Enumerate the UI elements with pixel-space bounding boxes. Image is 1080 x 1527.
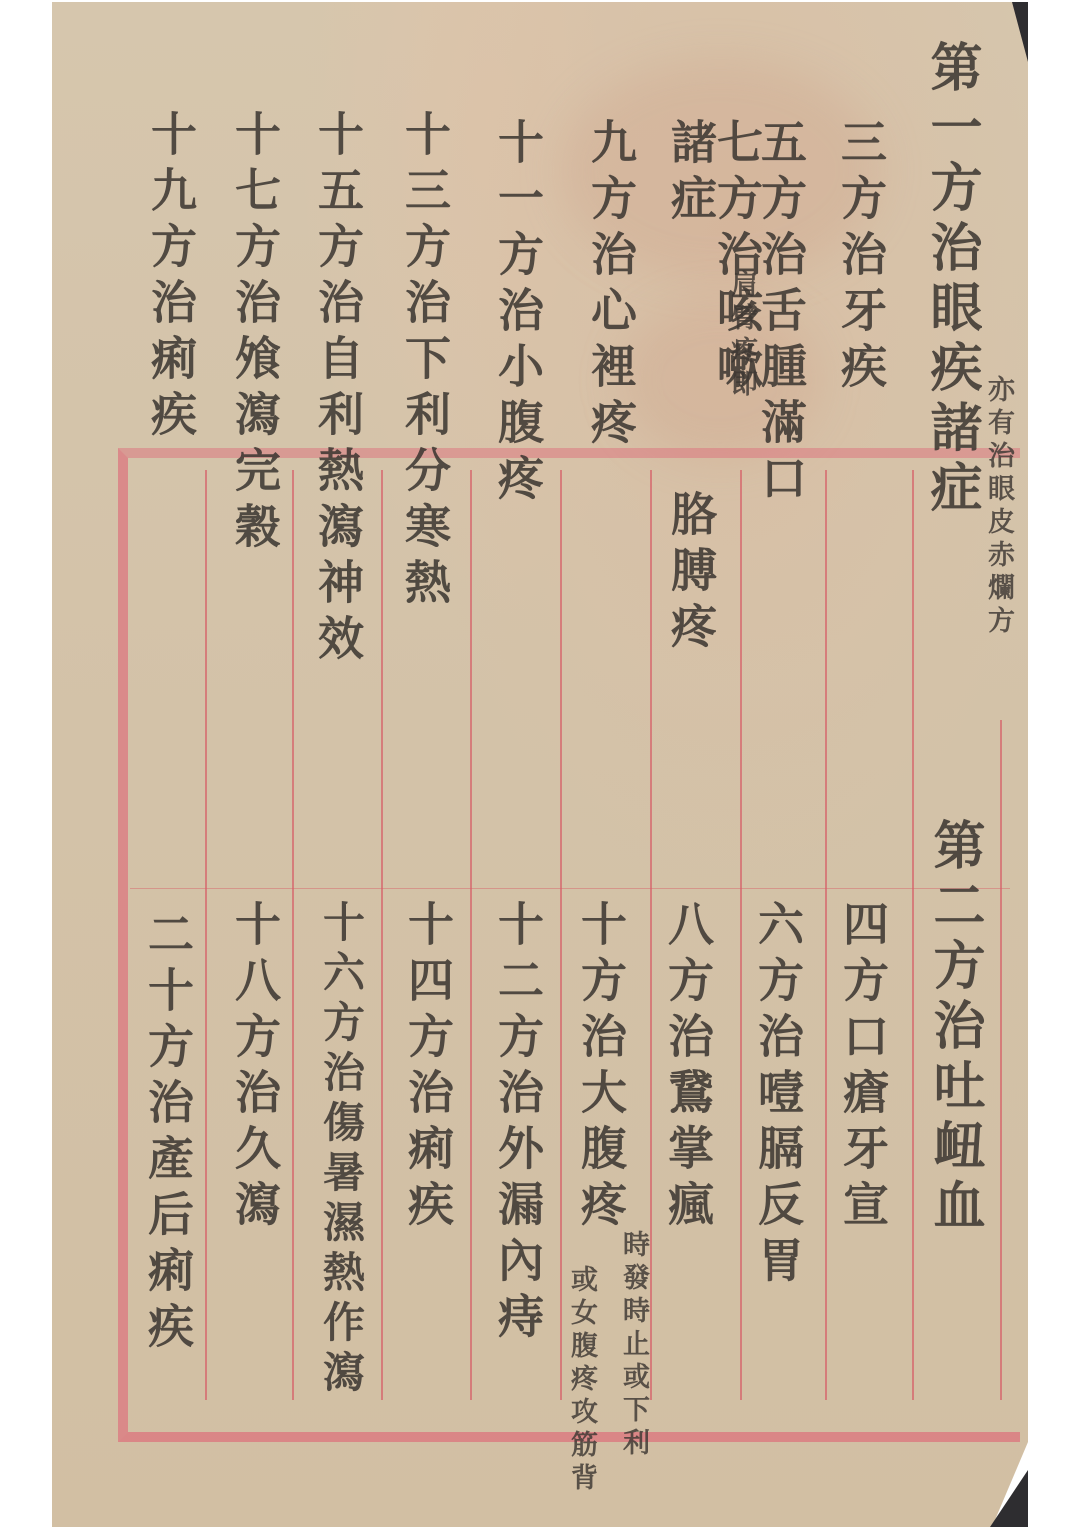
grid-line xyxy=(740,470,742,1400)
entry-18: 十八方治久瀉 xyxy=(232,900,278,1236)
entry-5: 五方治舌腫滿口 xyxy=(758,118,804,510)
entry-12: 十二方治外漏內痔 xyxy=(495,900,541,1348)
entry-6: 六方治噎膈反胃 xyxy=(755,900,801,1292)
entry-7-note: 肩臂疼即 xyxy=(728,270,755,402)
entry-10: 十方治大腹疼 xyxy=(578,900,624,1236)
grid-line xyxy=(1000,720,1002,1400)
entry-16: 十六方治傷暑濕熱作瀉 xyxy=(320,900,362,1400)
entry-14: 十四方治痢疾 xyxy=(405,900,451,1236)
entry-15: 十五方治自利熱瀉神效 xyxy=(315,110,361,670)
entry-11: 十一方治小腹疼 xyxy=(495,118,541,510)
grid-line xyxy=(470,470,472,1400)
entry-7-continuation: 胳膊疼 xyxy=(668,490,714,658)
row-divider-line xyxy=(130,888,1010,889)
grid-line xyxy=(205,470,207,1400)
entry-1: 第一方治眼疾諸症 xyxy=(925,40,977,520)
grid-line xyxy=(560,470,562,1400)
grid-line xyxy=(912,470,914,1400)
entry-13: 十三方治下利分寒熱 xyxy=(402,110,448,614)
grid-line xyxy=(292,470,294,1400)
entry-4: 四方口瘡牙宣 xyxy=(840,900,886,1236)
entry-10-note-left: 或女腹疼攻筋背 xyxy=(568,1265,595,1496)
entry-20: 二十方治產后痢疾 xyxy=(145,910,191,1358)
entry-19: 十九方治痢疾 xyxy=(148,110,194,446)
grid-line xyxy=(825,470,827,1400)
entry-8: 八方治鵞掌瘋 xyxy=(665,900,711,1236)
entry-17: 十七方治飧瀉完穀 xyxy=(232,110,278,558)
grid-line xyxy=(381,470,383,1400)
grid-line xyxy=(650,470,652,1400)
entry-1-note: 亦有治眼皮赤爛方 xyxy=(985,375,1012,639)
entry-3: 三方治牙疾 xyxy=(838,118,884,398)
entry-9: 九方治心裡疼 xyxy=(588,118,634,454)
entry-10-note-right: 時發時止或下利 xyxy=(620,1230,647,1461)
entry-2: 第二方治吐衄血 xyxy=(928,818,980,1238)
